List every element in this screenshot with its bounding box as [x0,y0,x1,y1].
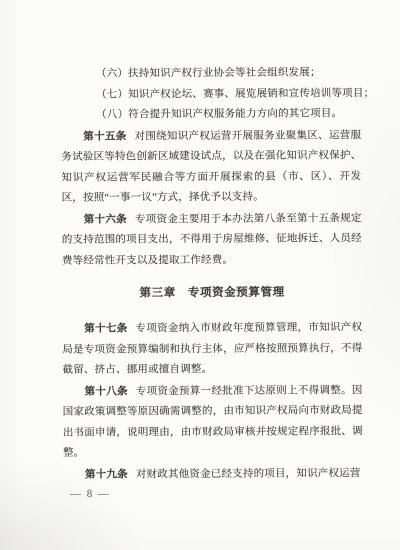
scanned-document-page: （六）扶持知识产权行业协会等社会组织发展； （七）知识产权论坛、赛事、展览展销和… [0,0,400,550]
article-15-number: 第十五条 [83,130,126,142]
article-19: 第十九条对财政其他资金已经支持的项目，知识产权运营 [63,463,363,486]
article-18: 第十八条专项资金预算一经批准下达原则上不得调整。因国家政策调整等原因确需调整的，… [63,380,363,465]
article-17-number: 第十七条 [84,322,127,334]
article-17: 第十七条专项资金纳入市财政年度预算管理，市知识产权局是专项资金预算编制和执行主体… [62,317,362,381]
list-item-8: （八）符合提升知识产权服务能力方向的其它项目。 [61,104,361,126]
article-18-number: 第十八条 [85,385,128,397]
chapter-heading: 第三章 专项资金预算管理 [62,282,362,305]
article-16: 第十六条专项资金主要用于本办法第八条至第十五条规定的支持范围的项目支出，不得用于… [62,208,362,272]
page-number: — 8 — [70,488,111,500]
article-19-number: 第十九条 [85,468,128,480]
article-16-number: 第十六条 [84,213,127,225]
list-item-7: （七）知识产权论坛、赛事、展览展销和宣传培训等项目； [61,84,361,106]
page-content: （六）扶持知识产权行业协会等社会组织发展； （七）知识产权论坛、赛事、展览展销和… [61,63,363,486]
article-15: 第十五条对围绕知识产权运营开展服务业聚集区、运营服务试验区等特色创新区域建设试点… [61,125,361,210]
list-item-6: （六）扶持知识产权行业协会等社会组织发展； [61,63,361,85]
article-19-text: 对财政其他资金已经支持的项目，知识产权运营 [136,468,361,480]
